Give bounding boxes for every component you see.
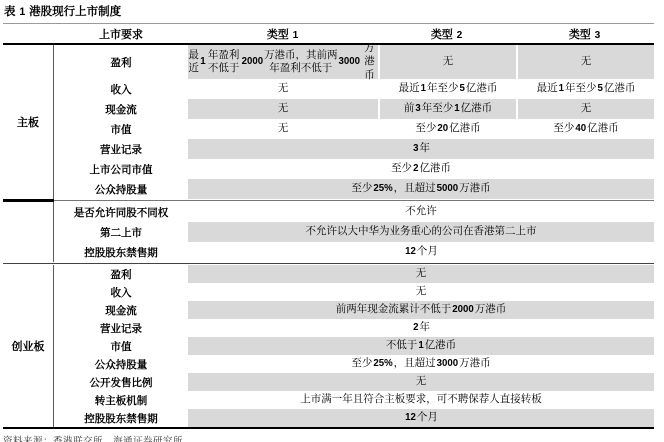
numeric-value: 1 <box>417 340 424 352</box>
row-values: 3 年 <box>188 139 654 159</box>
value-cell-span: 2 年 <box>188 319 654 337</box>
row-values: 前两年现金流累计不低于 2000 万港币 <box>188 301 654 319</box>
table-row: 控股股东禁售期12 个月 <box>54 242 654 262</box>
row-label: 营业记录 <box>54 139 188 159</box>
numeric-value: 25% <box>372 183 393 195</box>
row-label: 盈利 <box>54 45 188 79</box>
numeric-value: 2 <box>456 30 464 41</box>
row-label: 控股股东禁售期 <box>54 409 188 427</box>
value-cell-type2: 无 <box>378 45 516 79</box>
table-row: 收入无最近 1 年至少 5 亿港币最近 1 年至少 5 亿港币 <box>54 79 654 99</box>
numeric-value: 3 <box>414 103 421 115</box>
numeric-value: 25% <box>372 358 393 370</box>
numeric-value: 40 <box>574 123 587 135</box>
table-row: 公开发售比例无 <box>54 373 654 391</box>
value-cell-type2: 最近 1 年至少 5 亿港币 <box>378 79 516 99</box>
value-cell-span: 上市满一年且符合主板要求，可不聘保荐人直接转板 <box>188 391 654 409</box>
row-label: 公开发售比例 <box>54 373 188 391</box>
row-values: 至少 2 亿港币 <box>188 159 654 179</box>
row-label: 公众持股量 <box>54 355 188 373</box>
table-title: 表 1 港股现行上市制度 <box>3 0 654 23</box>
numeric-value: 5 <box>597 83 604 95</box>
row-values: 不低于 1 亿港币 <box>188 337 654 355</box>
row-values: 最近 1 年盈利不低于 2000 万港币，其前两年盈利不低于 3000 万港币无… <box>188 45 654 79</box>
value-cell-span: 无 <box>188 265 654 283</box>
table-section-主板: 主板盈利最近 1 年盈利不低于 2000 万港币，其前两年盈利不低于 3000 … <box>3 45 654 199</box>
section-rows: 盈利最近 1 年盈利不低于 2000 万港币，其前两年盈利不低于 3000 万港… <box>54 45 654 199</box>
row-values: 至少 25%，且超过 5000 万港币 <box>188 179 654 199</box>
table-header-row: 上市要求 类型 1 类型 2 类型 3 <box>3 24 654 45</box>
value-cell-span: 不允许以大中华为业务重心的公司在香港第二上市 <box>188 222 654 242</box>
table-row: 营业记录2 年 <box>54 319 654 337</box>
section-rows: 是否允许同股不同权不允许第二上市不允许以大中华为业务重心的公司在香港第二上市控股… <box>54 202 654 262</box>
value-cell-span: 3 年 <box>188 139 654 159</box>
table-row: 转主板机制上市满一年且符合主板要求，可不聘保荐人直接转板 <box>54 391 654 409</box>
value-cell-type2: 至少 20 亿港币 <box>378 119 516 139</box>
row-values: 上市满一年且符合主板要求，可不聘保荐人直接转板 <box>188 391 654 409</box>
numeric-value: 3000 <box>436 358 459 370</box>
value-cell-type3: 最近 1 年至少 5 亿港币 <box>516 79 654 99</box>
value-cell-span: 无 <box>188 283 654 301</box>
row-label: 收入 <box>54 283 188 301</box>
col-header-type1: 类型 1 <box>188 26 378 42</box>
table-row: 市值无至少 20 亿港币至少 40 亿港币 <box>54 119 654 139</box>
row-label: 控股股东禁售期 <box>54 242 188 262</box>
table-row: 市值不低于 1 亿港币 <box>54 337 654 355</box>
value-cell-span: 至少 2 亿港币 <box>188 159 654 179</box>
row-label: 市值 <box>54 119 188 139</box>
listing-requirements-table: 上市要求 类型 1 类型 2 类型 3 主板盈利最近 1 年盈利不低于 2000… <box>3 23 654 429</box>
numeric-value: 2000 <box>451 304 474 316</box>
numeric-value: 5 <box>459 83 466 95</box>
value-cell-span: 12 个月 <box>188 409 654 427</box>
row-label: 是否允许同股不同权 <box>54 202 188 222</box>
value-cell-span: 无 <box>188 373 654 391</box>
row-values: 无 <box>188 373 654 391</box>
value-cell-type1: 无 <box>188 119 378 139</box>
table-row: 收入无 <box>54 283 654 301</box>
row-values: 12 个月 <box>188 242 654 262</box>
numeric-value: 1 <box>199 56 206 68</box>
section-label: 主板 <box>3 45 54 199</box>
row-values: 至少 25%，且超过 3000 万港币 <box>188 355 654 373</box>
table-row: 控股股东禁售期12 个月 <box>54 409 654 427</box>
table-row: 是否允许同股不同权不允许 <box>54 202 654 222</box>
numeric-value: 3 <box>594 30 602 41</box>
col-header-requirement: 上市要求 <box>54 26 188 42</box>
value-cell-type2: 前 3 年至少 1 亿港币 <box>378 99 516 119</box>
value-cell-type3: 无 <box>516 45 654 79</box>
numeric-value: 1 <box>558 83 565 95</box>
section-rows: 盈利无收入无现金流前两年现金流累计不低于 2000 万港币营业记录2 年市值不低… <box>54 265 654 427</box>
row-label: 收入 <box>54 79 188 99</box>
row-values: 2 年 <box>188 319 654 337</box>
row-label: 第二上市 <box>54 222 188 242</box>
section-label <box>3 202 54 262</box>
report-page: 表 1 港股现行上市制度 上市要求 类型 1 类型 2 类型 3 主板盈利最近 … <box>3 0 654 442</box>
numeric-value: 3000 <box>338 56 361 68</box>
table-row: 盈利最近 1 年盈利不低于 2000 万港币，其前两年盈利不低于 3000 万港… <box>54 45 654 79</box>
value-cell-type1: 无 <box>188 79 378 99</box>
value-cell-span: 至少 25%，且超过 3000 万港币 <box>188 355 654 373</box>
numeric-value: 12 <box>404 246 417 258</box>
value-cell-type1: 最近 1 年盈利不低于 2000 万港币，其前两年盈利不低于 3000 万港币 <box>188 45 378 79</box>
row-values: 12 个月 <box>188 409 654 427</box>
numeric-value: 3 <box>412 143 419 155</box>
numeric-value: 2 <box>412 322 419 334</box>
row-values: 不允许 <box>188 202 654 222</box>
row-values: 不允许以大中华为业务重心的公司在香港第二上市 <box>188 222 654 242</box>
value-cell-span: 不低于 1 亿港币 <box>188 337 654 355</box>
row-label: 上市公司市值 <box>54 159 188 179</box>
numeric-value: 2000 <box>241 56 264 68</box>
row-label: 转主板机制 <box>54 391 188 409</box>
section-label: 创业板 <box>3 265 54 427</box>
numeric-value: 1 <box>18 6 26 18</box>
table-row: 公众持股量至少 25%，且超过 5000 万港币 <box>54 179 654 199</box>
source-note: 资料来源：香港联交所，海通证券研究所 <box>3 429 654 442</box>
row-values: 无前 3 年至少 1 亿港币无 <box>188 99 654 119</box>
row-values: 无 <box>188 283 654 301</box>
row-values: 无最近 1 年至少 5 亿港币最近 1 年至少 5 亿港币 <box>188 79 654 99</box>
numeric-value: 20 <box>436 123 449 135</box>
table-row: 营业记录3 年 <box>54 139 654 159</box>
value-cell-type3: 至少 40 亿港币 <box>516 119 654 139</box>
table-body: 主板盈利最近 1 年盈利不低于 2000 万港币，其前两年盈利不低于 3000 … <box>3 45 654 427</box>
numeric-value: 12 <box>404 412 417 424</box>
row-label: 公众持股量 <box>54 179 188 199</box>
table-row: 上市公司市值至少 2 亿港币 <box>54 159 654 179</box>
value-cell-span: 12 个月 <box>188 242 654 262</box>
row-label: 市值 <box>54 337 188 355</box>
table-row: 公众持股量至少 25%，且超过 3000 万港币 <box>54 355 654 373</box>
table-row: 第二上市不允许以大中华为业务重心的公司在香港第二上市 <box>54 222 654 242</box>
col-header-type2: 类型 2 <box>378 26 516 42</box>
table-section-middle: 是否允许同股不同权不允许第二上市不允许以大中华为业务重心的公司在香港第二上市控股… <box>3 202 654 262</box>
value-cell-span: 不允许 <box>188 202 654 222</box>
value-cell-type1: 无 <box>188 99 378 119</box>
table-row: 盈利无 <box>54 265 654 283</box>
value-cell-type3: 无 <box>516 99 654 119</box>
table-row: 现金流前两年现金流累计不低于 2000 万港币 <box>54 301 654 319</box>
numeric-value: 1 <box>453 103 460 115</box>
row-label: 现金流 <box>54 99 188 119</box>
table-section-创业板: 创业板盈利无收入无现金流前两年现金流累计不低于 2000 万港币营业记录2 年市… <box>3 265 654 427</box>
numeric-value: 1 <box>292 30 300 41</box>
row-label: 现金流 <box>54 301 188 319</box>
value-cell-span: 至少 25%，且超过 5000 万港币 <box>188 179 654 199</box>
row-label: 营业记录 <box>54 319 188 337</box>
numeric-value: 1 <box>420 83 427 95</box>
numeric-value: 5000 <box>436 183 459 195</box>
row-values: 无至少 20 亿港币至少 40 亿港币 <box>188 119 654 139</box>
row-label: 盈利 <box>54 265 188 283</box>
value-cell-span: 前两年现金流累计不低于 2000 万港币 <box>188 301 654 319</box>
col-header-type3: 类型 3 <box>516 26 654 42</box>
numeric-value: 2 <box>412 163 419 175</box>
row-values: 无 <box>188 265 654 283</box>
table-row: 现金流无前 3 年至少 1 亿港币无 <box>54 99 654 119</box>
